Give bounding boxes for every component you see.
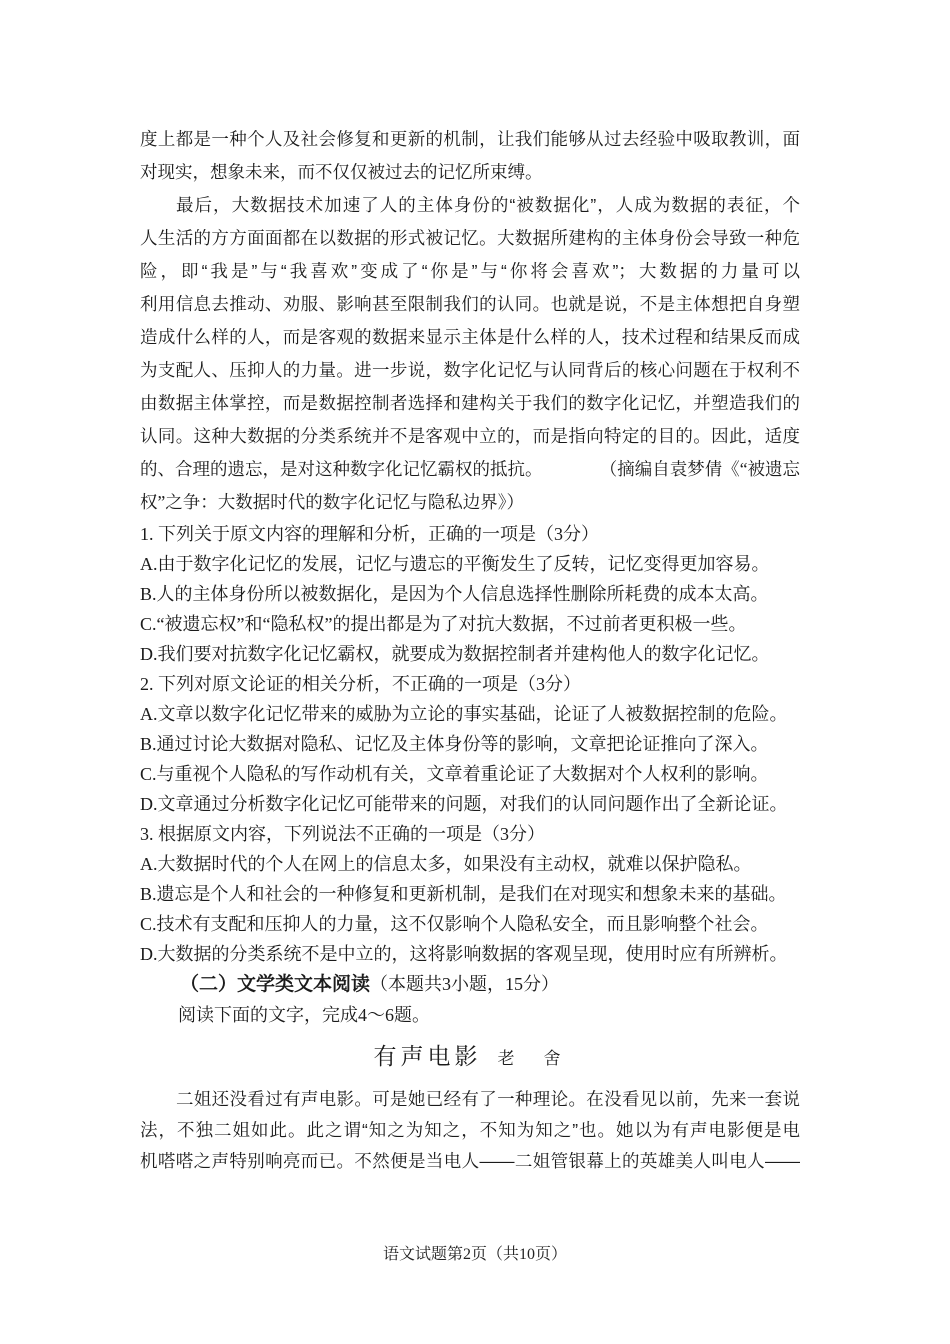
passage-line: 法，不独二姐如此。此之谓“知之为知之，不知为知之”也。她以为有声电影便是电 (140, 1115, 800, 1146)
question-option: B.通过讨论大数据对隐私、记忆及主体身份等的影响，文章把论证推向了深入。 (140, 729, 800, 759)
passage-line: 认同。这种大数据的分类系统并不是客观中立的，而是指向特定的目的。因此，适度 (140, 420, 800, 453)
source-attribution: （摘编自袁梦倩《“被遗忘 (600, 453, 800, 486)
question-stem: 2. 下列对原文论证的相关分析，不正确的一项是（3分） (140, 669, 800, 699)
passage-title-row: 有声电影老 舍 (140, 1039, 800, 1075)
passage-title: 有声电影 (374, 1044, 482, 1069)
section-header: （二）文学类文本阅读（本题共3小题，15分） (140, 969, 800, 1000)
passage-line: 人生活的方方面面都在以数据的形式被记忆。大数据所建构的主体身份会导致一种危 (140, 222, 800, 255)
question-option: A.文章以数字化记忆带来的威胁为立论的事实基础，论证了人被数据控制的危险。 (140, 699, 800, 729)
passage-author: 老 舍 (498, 1049, 567, 1068)
passage-2: 二姐还没看过有声电影。可是她已经有了一种理论。在没看见以前，先来一套说 法，不独… (140, 1084, 800, 1177)
question-option: D.大数据的分类系统不是中立的，这将影响数据的客观呈现，使用时应有所辨析。 (140, 939, 800, 969)
passage-line: 为支配人、压抑人的力量。进一步说，数字化记忆与认同背后的核心问题在于权利不 (140, 354, 800, 387)
exam-page: 度上都是一种个人及社会修复和更新的机制，让我们能够从过去经验中吸取教训，面 对现… (0, 0, 950, 1344)
passage-line-with-attribution: 的、合理的遗忘，是对这种数字化记忆霸权的抵抗。 （摘编自袁梦倩《“被遗忘 (140, 453, 800, 486)
page-content: 度上都是一种个人及社会修复和更新的机制，让我们能够从过去经验中吸取教训，面 对现… (140, 123, 800, 1177)
question-option: C.技术有支配和压抑人的力量，这不仅影响个人隐私安全，而且影响整个社会。 (140, 909, 800, 939)
question-option: B.遗忘是个人和社会的一种修复和更新机制，是我们在对现实和想象未来的基础。 (140, 879, 800, 909)
passage-line: 险，即“我是”与“我喜欢”变成了“你是”与“你将会喜欢”；大数据的力量可以 (140, 255, 800, 288)
passage-line: 利用信息去推动、劝服、影响甚至限制我们的认同。也就是说，不是主体想把自身塑 (140, 288, 800, 321)
passage-line: 对现实，想象未来，而不仅仅被过去的记忆所束缚。 (140, 156, 800, 189)
passage-line: 最后，大数据技术加速了人的主体身份的“被数据化”，人成为数据的表征，个 (140, 189, 800, 222)
passage-line: 造成什么样的人，而是客观的数据来显示主体是什么样的人，技术过程和结果反而成 (140, 321, 800, 354)
question-1: 1. 下列关于原文内容的理解和分析，正确的一项是（3分） A.由于数字化记忆的发… (140, 519, 800, 669)
passage-1: 度上都是一种个人及社会修复和更新的机制，让我们能够从过去经验中吸取教训，面 对现… (140, 123, 800, 519)
question-option: D.文章通过分析数字化记忆可能带来的问题，对我们的认同问题作出了全新论证。 (140, 789, 800, 819)
question-option: C.与重视个人隐私的写作动机有关，文章着重论证了大数据对个人权利的影响。 (140, 759, 800, 789)
question-3: 3. 根据原文内容，下列说法不正确的一项是（3分） A.大数据时代的个人在网上的… (140, 819, 800, 969)
question-stem: 3. 根据原文内容，下列说法不正确的一项是（3分） (140, 819, 800, 849)
question-option: A.由于数字化记忆的发展，记忆与遗忘的平衡发生了反转，记忆变得更加容易。 (140, 549, 800, 579)
passage-line-end: 的、合理的遗忘，是对这种数字化记忆霸权的抵抗。 (140, 453, 543, 486)
section-header-points: （本题共3小题，15分） (370, 974, 559, 994)
page-footer: 语文试题第2页（共10页） (0, 1244, 950, 1266)
passage-line: 由数据主体掌控，而是数据控制者选择和建构关于我们的数字化记忆，并塑造我们的 (140, 387, 800, 420)
passage-line: 度上都是一种个人及社会修复和更新的机制，让我们能够从过去经验中吸取教训，面 (140, 123, 800, 156)
source-attribution-continued: 权”之争：大数据时代的数字化记忆与隐私边界》） (140, 486, 800, 519)
question-stem: 1. 下列关于原文内容的理解和分析，正确的一项是（3分） (140, 519, 800, 549)
passage-line: 二姐还没看过有声电影。可是她已经有了一种理论。在没看见以前，先来一套说 (140, 1084, 800, 1115)
question-option: B.人的主体身份所以被数据化，是因为个人信息选择性删除所耗费的成本太高。 (140, 579, 800, 609)
question-2: 2. 下列对原文论证的相关分析，不正确的一项是（3分） A.文章以数字化记忆带来… (140, 669, 800, 819)
section-header-title: （二）文学类文本阅读 (180, 974, 370, 995)
passage-line: 机嗒嗒之声特别响亮而已。不然便是当电人——二姐管银幕上的英雄美人叫电人—— (140, 1146, 800, 1177)
reading-instruction: 阅读下面的文字，完成4～6题。 (140, 1000, 800, 1031)
question-option: A.大数据时代的个人在网上的信息太多，如果没有主动权，就难以保护隐私。 (140, 849, 800, 879)
question-option: C.“被遗忘权”和“隐私权”的提出都是为了对抗大数据，不过前者更积极一些。 (140, 609, 800, 639)
question-option: D.我们要对抗数字化记忆霸权，就要成为数据控制者并建构他人的数字化记忆。 (140, 639, 800, 669)
